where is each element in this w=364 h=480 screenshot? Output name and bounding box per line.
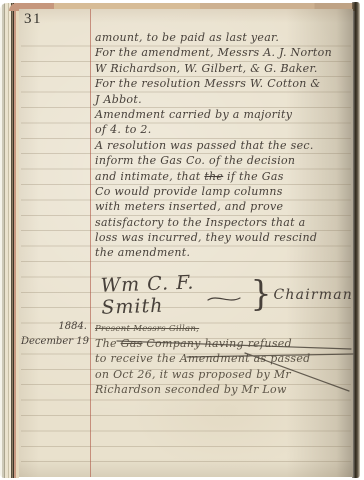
entry-date-year: 1884. bbox=[21, 319, 87, 334]
handwriting-line: the amendment. bbox=[95, 245, 351, 260]
handwriting-line: Amendment carried by a majority bbox=[95, 107, 351, 122]
handwriting-line: loss was incurred, they would rescind bbox=[95, 230, 351, 245]
handwriting-line: to receive the Amendment as passed bbox=[95, 351, 357, 366]
handwriting-line: J Abbot. bbox=[95, 92, 351, 107]
handwriting-line: Co would provide lamp columns bbox=[95, 184, 351, 199]
handwriting-line: The Gas Company having refused bbox=[95, 336, 357, 351]
handwriting-line: W Richardson, W. Gilbert, & G. Baker. bbox=[95, 61, 351, 76]
handwriting-line: For the amendment, Messrs A. J. Norton bbox=[95, 45, 351, 60]
handwriting-line: of 4. to 2. bbox=[95, 122, 351, 137]
right-page-shadow bbox=[352, 2, 360, 478]
signature-flourish-icon bbox=[207, 290, 241, 309]
handwriting-line: with meters inserted, and prove bbox=[95, 199, 351, 214]
entry-date: 1884. December 19 bbox=[21, 319, 87, 349]
handwriting-line: A resolution was passed that the sec. bbox=[95, 138, 351, 153]
chairman-label: Chairman bbox=[274, 287, 353, 303]
minutes-entry-crossed-out: Present Messrs Gillan,The Gas Company ha… bbox=[95, 323, 357, 398]
page-number: 31 bbox=[24, 11, 42, 28]
handwriting-line: inform the Gas Co. of the decision bbox=[95, 153, 351, 168]
handwriting-line: amount, to be paid as last year. bbox=[95, 30, 351, 45]
handwriting-line: satisfactory to the Inspectors that a bbox=[95, 215, 351, 230]
entry-date-day: December 19 bbox=[21, 334, 87, 349]
handwriting-line: Present Messrs Gillan, bbox=[95, 323, 357, 336]
handwriting-line: on Oct 26, it was proposed by Mr bbox=[95, 367, 357, 382]
signature-brace: } bbox=[251, 273, 272, 314]
handwriting-line: For the resolution Messrs W. Cotton & bbox=[95, 76, 351, 91]
handwriting-line: and intimate, that the if the Gas bbox=[95, 169, 351, 184]
minutes-entry-body: amount, to be paid as last year.For the … bbox=[95, 30, 351, 261]
handwriting-line: Richardson seconded by Mr Low bbox=[95, 382, 357, 397]
signature-name: Wm C. F. Smith bbox=[100, 271, 205, 319]
left-binding-edge bbox=[0, 3, 19, 478]
minute-book-page: 31 amount, to be paid as last year.For t… bbox=[19, 9, 353, 477]
signature-row: Wm C. F. Smith } Chairman bbox=[101, 277, 353, 313]
red-margin-line bbox=[90, 9, 91, 477]
